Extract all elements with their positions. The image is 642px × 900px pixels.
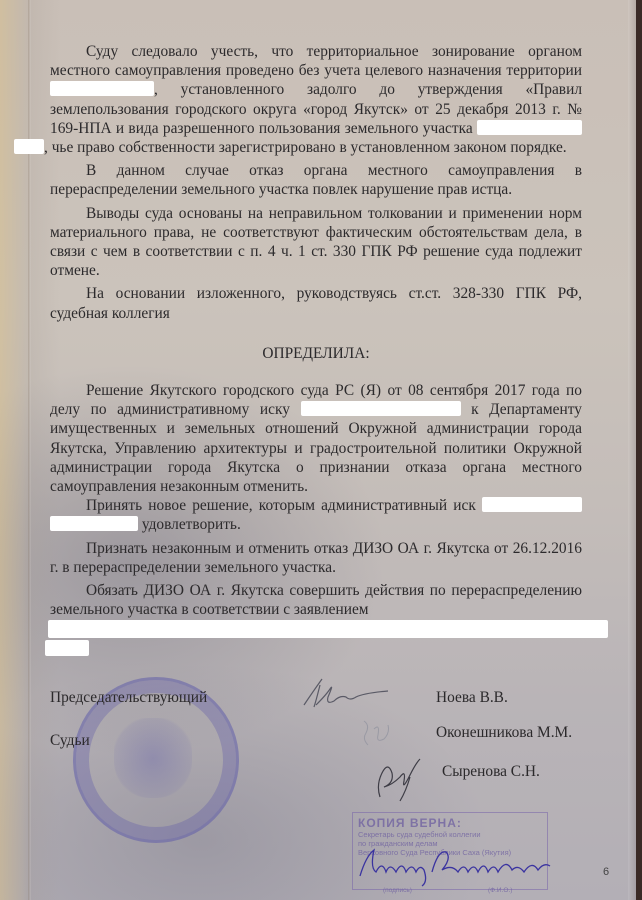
document-page: Суду следовало учесть, что территориальн… <box>0 0 636 900</box>
judge-name-3: Сыренова С.Н. <box>442 763 540 781</box>
reasoning-section: Суду следовало учесть, что территориальн… <box>50 42 582 323</box>
paragraph-recognize-unlawful: Признать незаконным и отменить отказ ДИЗ… <box>50 539 582 577</box>
redaction-block <box>50 81 154 96</box>
judge-name-2: Оконешникова М.М. <box>436 724 572 742</box>
paragraph-conclusions: Выводы суда основаны на неправильном тол… <box>50 204 582 281</box>
page-number: 6 <box>603 866 609 878</box>
stamp-name-label: (Ф.И.О.) <box>488 887 512 894</box>
redaction-block <box>477 120 582 135</box>
redaction-block <box>301 401 461 416</box>
redaction-block <box>48 620 608 638</box>
redaction-block <box>14 139 44 154</box>
judge-name-presiding: Ноева В.В. <box>436 689 508 707</box>
paragraph-text: Принять новое решение, которым администр… <box>86 497 476 514</box>
judges-label: Судьи <box>50 732 90 750</box>
stamp-title: КОПИЯ ВЕРНА: <box>358 816 547 830</box>
paragraph-new-decision: Принять новое решение, которым администр… <box>50 496 582 534</box>
paragraph-text: Суду следовало учесть, что территориальн… <box>50 43 582 79</box>
paragraph-text: удовлетворить. <box>142 516 241 533</box>
paragraph-grounds: На основании изложенного, руководствуясь… <box>50 284 582 322</box>
ruling-heading: ОПРЕДЕЛИЛА: <box>50 345 582 363</box>
secretary-signature <box>356 842 556 887</box>
signature-judge-2 <box>360 715 410 755</box>
signature-presiding <box>300 675 390 715</box>
page-crease <box>28 0 31 900</box>
stamp-line: Секретарь суда судебной коллегии <box>358 830 547 839</box>
redaction-block <box>50 516 138 531</box>
paragraph-refusal: В данном случае отказ органа местного са… <box>50 161 582 199</box>
stamp-signature-label: (подпись) <box>383 887 412 894</box>
paragraph-zoning: Суду следовало учесть, что территориальн… <box>50 42 582 157</box>
presiding-judge-label: Председательствующий <box>50 689 207 707</box>
ruling-section: Решение Якутского городского суда РС (Я)… <box>50 381 582 656</box>
paragraph-oblige: Обязать ДИЗО ОА г. Якутска совершить дей… <box>50 581 582 619</box>
paragraph-text: , чье право собственности зарегистрирова… <box>44 139 567 156</box>
redaction-lines <box>50 620 582 656</box>
coat-of-arms-emblem <box>114 718 192 798</box>
redaction-block <box>45 640 89 656</box>
paragraph-cancel-decision: Решение Якутского городского суда РС (Я)… <box>50 381 582 496</box>
redaction-block <box>482 497 582 512</box>
signature-judge-3 <box>370 755 440 805</box>
